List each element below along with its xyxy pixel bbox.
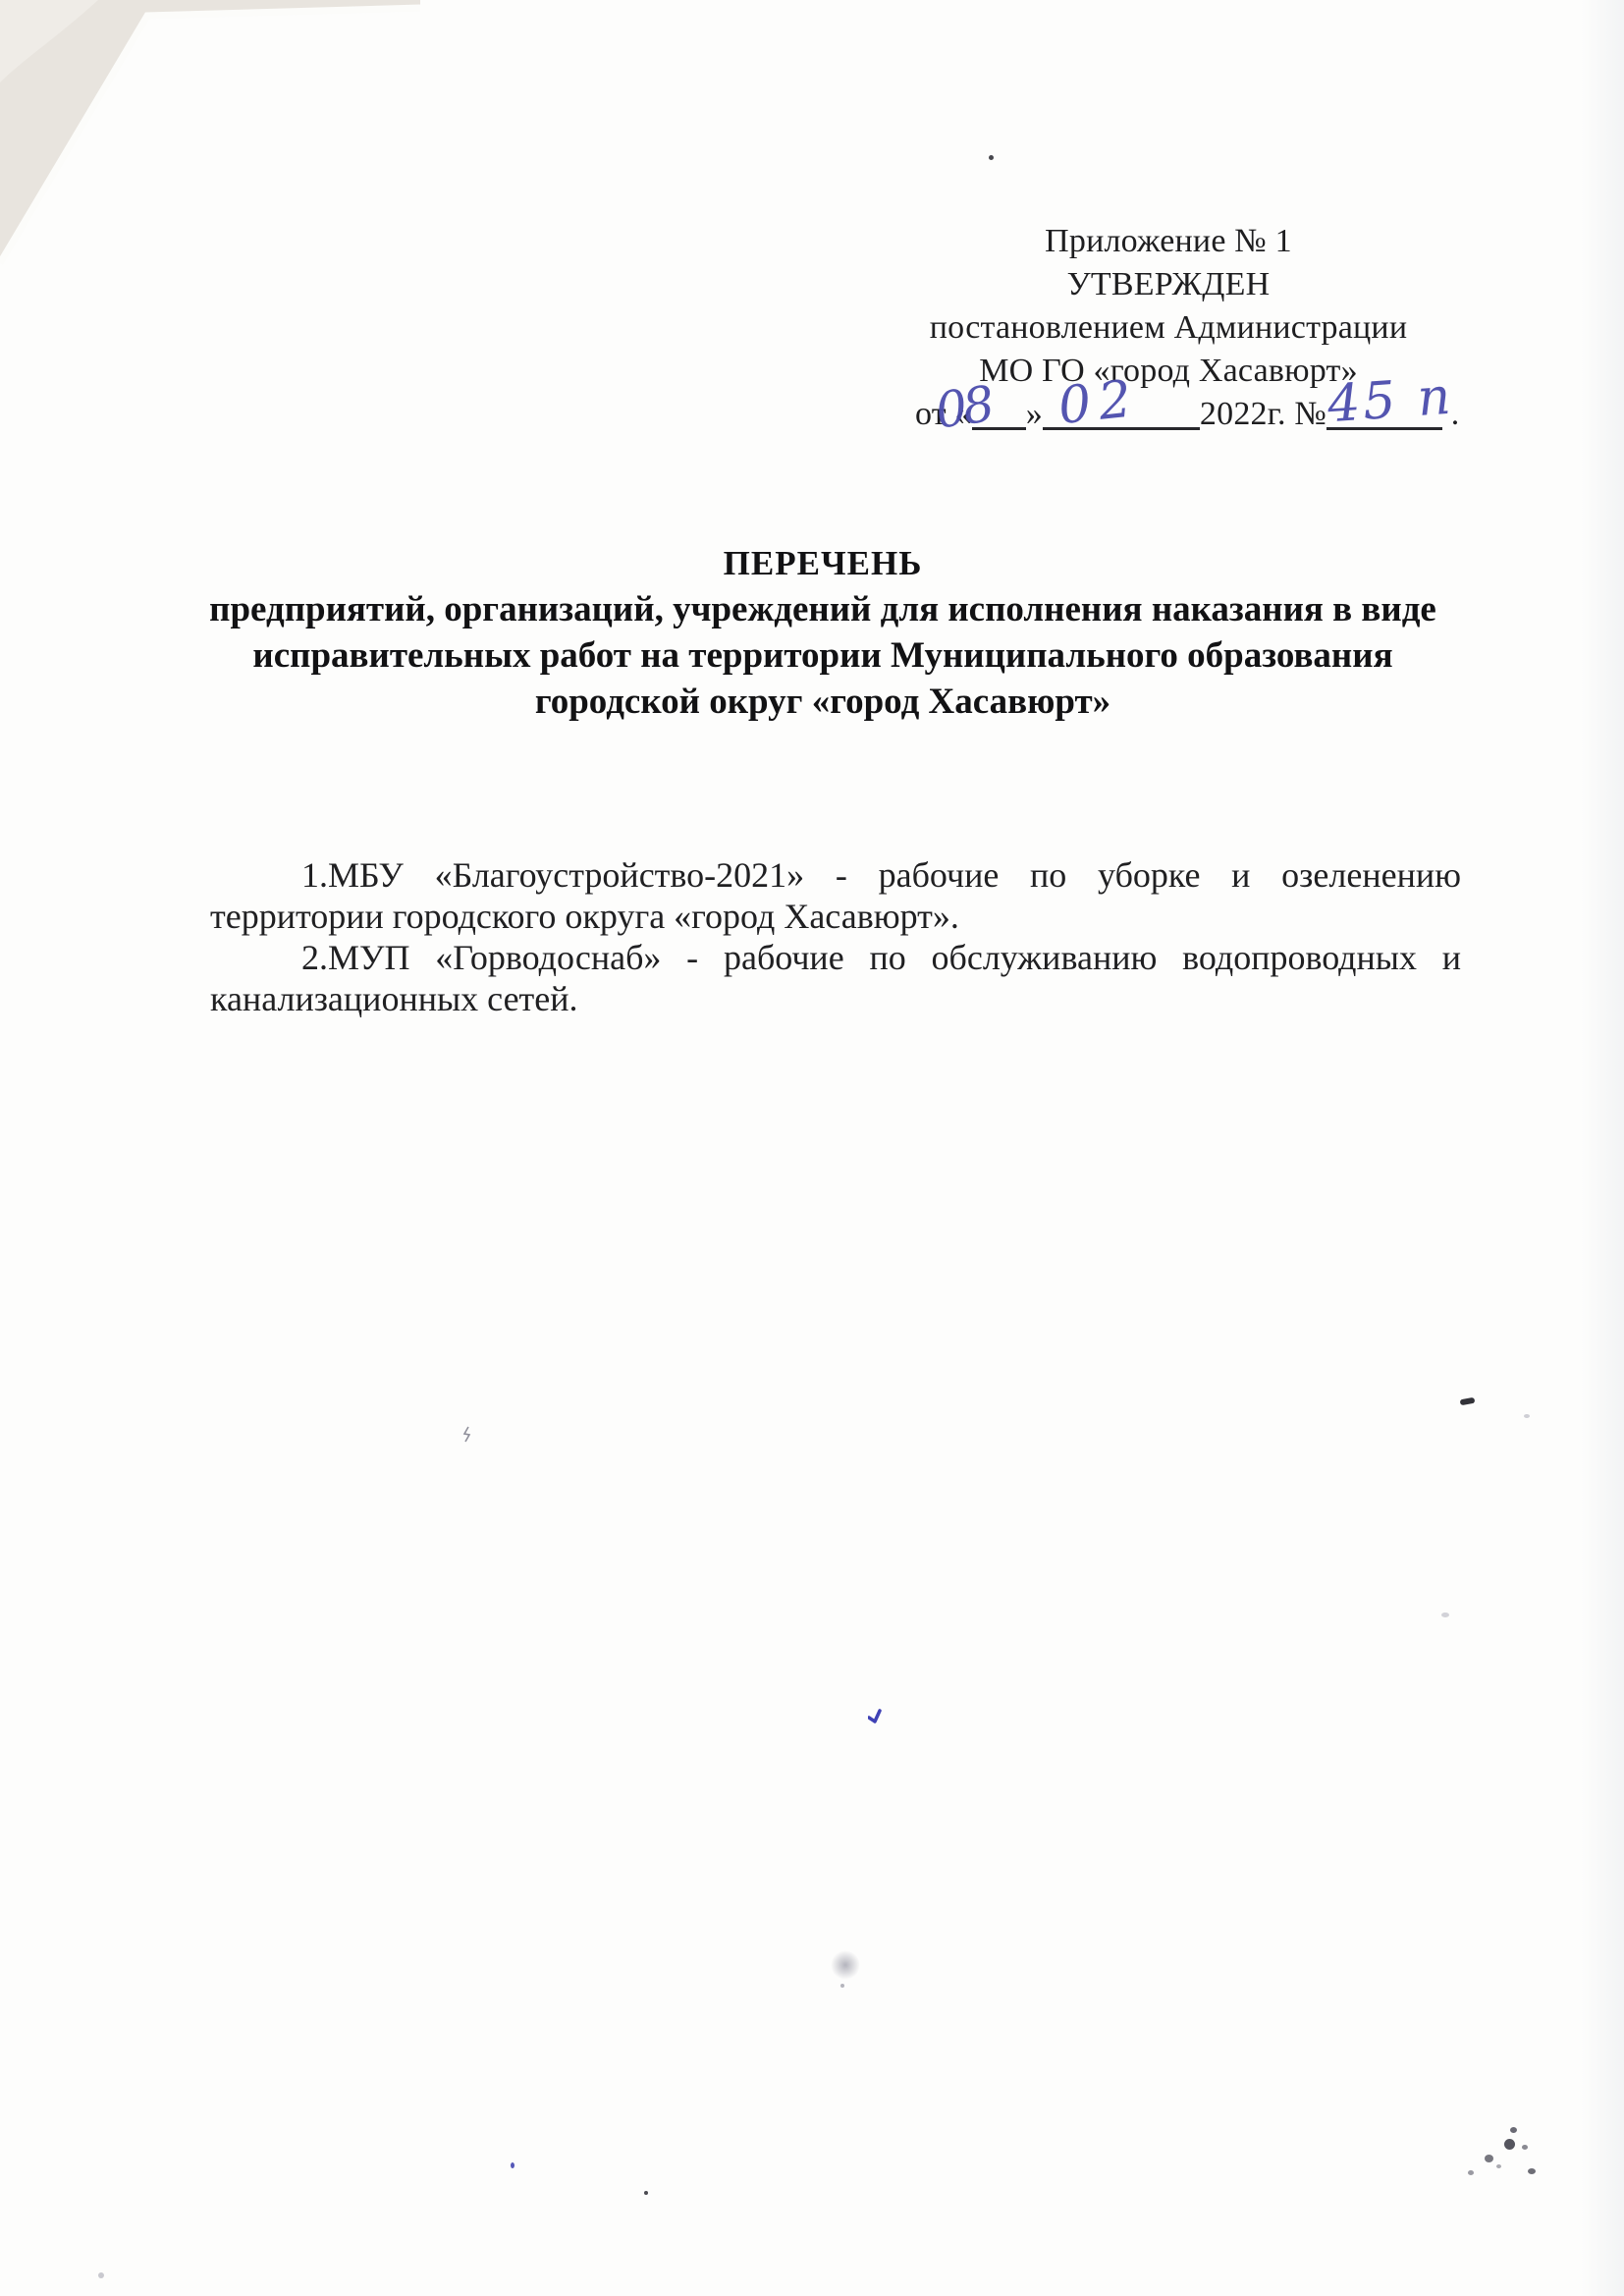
scan-speck xyxy=(644,2191,648,2195)
document-body: 1.МБУ «Благоустройство-2021» - рабочие п… xyxy=(210,854,1461,1019)
municipality-line: МО ГО «город Хасавюрт» xyxy=(874,350,1463,393)
scan-speck-cluster xyxy=(1465,2121,1543,2178)
document-subtitle: предприятий, организаций, учреждений для… xyxy=(204,586,1441,725)
page-fold-corner xyxy=(0,0,432,280)
day-blank-line xyxy=(972,398,1026,430)
trailing-dot: . xyxy=(1451,396,1460,432)
scan-speck xyxy=(989,155,994,160)
resolution-line: постановлением Администрации xyxy=(874,306,1463,350)
list-item-2: 2.МУП «Горводоснаб» - рабочие по обслужи… xyxy=(210,937,1461,1019)
scan-smudge xyxy=(831,1950,860,1980)
date-prefix: от « xyxy=(915,396,972,432)
month-blank-line xyxy=(1043,398,1200,430)
date-close-quote: » xyxy=(1026,396,1043,432)
scan-speck xyxy=(1460,1397,1476,1406)
year-label: 2022г. № xyxy=(1200,396,1326,432)
scan-speck xyxy=(1524,1414,1530,1418)
ink-speck xyxy=(511,2162,514,2168)
approval-header-block: Приложение № 1 УТВЕРЖДЕН постановлением … xyxy=(874,220,1463,436)
ink-speck xyxy=(868,1709,882,1723)
scan-speck xyxy=(840,1984,844,1988)
document-title: ПЕРЕЧЕНЬ xyxy=(204,540,1441,586)
scan-speck xyxy=(461,1426,473,1444)
approved-line: УТВЕРЖДЕН xyxy=(874,263,1463,306)
appendix-number-line: Приложение № 1 xyxy=(874,220,1463,263)
number-blank-line xyxy=(1326,398,1442,430)
document-title-block: ПЕРЕЧЕНЬ предприятий, организаций, учреж… xyxy=(204,540,1441,725)
date-number-line: от «»2022г. № . xyxy=(874,393,1463,436)
scan-speck xyxy=(1441,1613,1449,1617)
scan-speck xyxy=(98,2272,104,2278)
scan-edge-shading xyxy=(1581,0,1624,2296)
list-item-1: 1.МБУ «Благоустройство-2021» - рабочие п… xyxy=(210,854,1461,937)
scanned-document-page: Приложение № 1 УТВЕРЖДЕН постановлением … xyxy=(0,0,1624,2296)
